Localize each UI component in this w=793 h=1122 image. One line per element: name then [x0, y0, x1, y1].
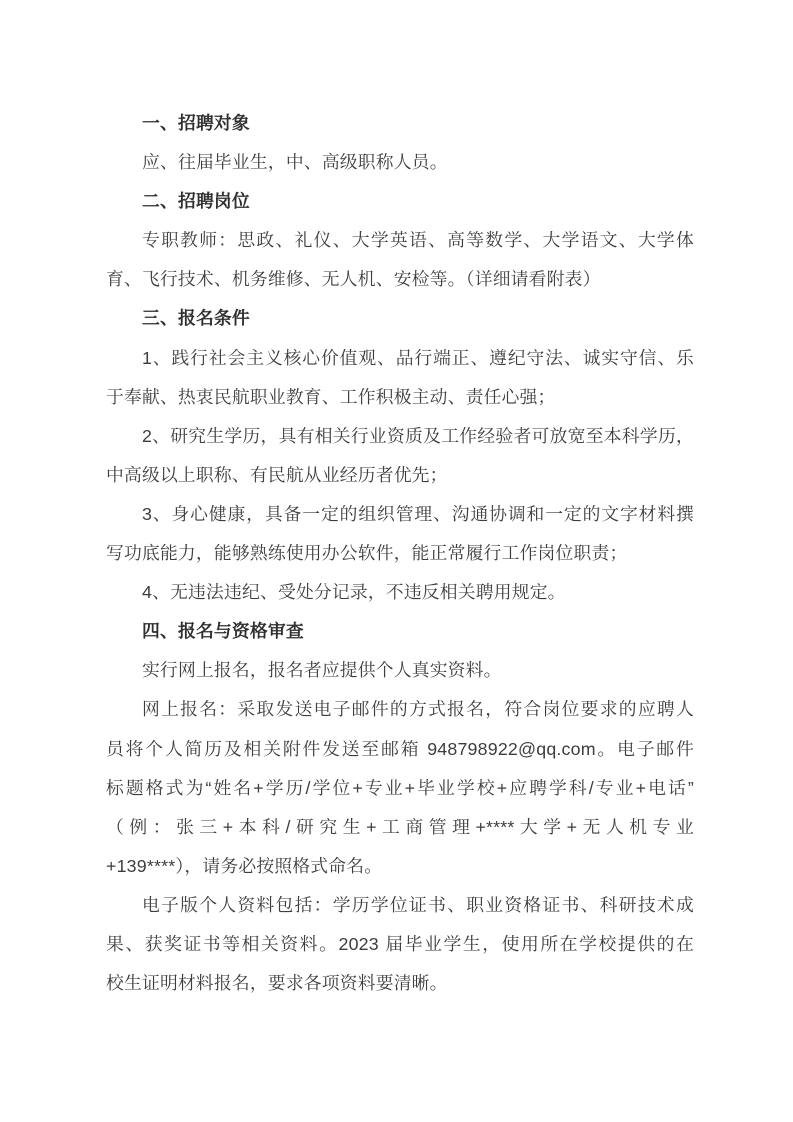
- para-email-apply-line5: +139****），请务必按照格式命名。: [106, 847, 694, 886]
- condition3-line2: 写功底能力，能够熟练使用办公软件，能正常履行工作岗位职责；: [106, 534, 694, 573]
- condition2-line2: 中高级以上职称、有民航从业经历者优先；: [106, 456, 694, 495]
- condition3-line1: 3、身心健康，具备一定的组织管理、沟通协调和一定的文字材料撰: [106, 495, 694, 534]
- para-materials-line2: 果、获奖证书等相关资料。2023 届毕业学生，使用所在学校提供的在: [106, 925, 694, 964]
- para-email-apply-line2: 员将个人简历及相关附件发送至邮箱 948798922@qq.com。电子邮件: [106, 730, 694, 769]
- condition2-line1: 2、研究生学历，具有相关行业资质及工作经验者可放宽至本科学历，: [106, 417, 694, 456]
- para-positions-line2: 育、飞行技术、机务维修、无人机、安检等。（详细请看附表）: [106, 260, 694, 299]
- section2-heading: 二、招聘岗位: [106, 182, 694, 221]
- condition1-line1: 1、践行社会主义核心价值观、品行端正、遵纪守法、诚实守信、乐: [106, 339, 694, 378]
- para-email-apply-line4: （例：张三+本科/研究生+工商管理+****大学+无人机专业: [106, 808, 694, 847]
- section1-heading: 一、招聘对象: [106, 104, 694, 143]
- document-page: 一、招聘对象 应、往届毕业生，中、高级职称人员。 二、招聘岗位 专职教师：思政、…: [0, 0, 793, 1122]
- para-materials-line3: 校生证明材料报名，要求各项资料要清晰。: [106, 964, 694, 1003]
- para-materials-line1: 电子版个人资料包括：学历学位证书、职业资格证书、科研技术成: [106, 886, 694, 925]
- condition1-line2: 于奉献、热衷民航职业教育、工作积极主动、责任心强；: [106, 378, 694, 417]
- section3-heading: 三、报名条件: [106, 299, 694, 338]
- para-online-registration: 实行网上报名，报名者应提供个人真实资料。: [106, 651, 694, 690]
- para-recruit-targets: 应、往届毕业生，中、高级职称人员。: [106, 143, 694, 182]
- document-body: 一、招聘对象 应、往届毕业生，中、高级职称人员。 二、招聘岗位 专职教师：思政、…: [106, 104, 694, 1003]
- condition4: 4、无违法违纪、受处分记录，不违反相关聘用规定。: [106, 573, 694, 612]
- para-positions-line1: 专职教师：思政、礼仪、大学英语、高等数学、大学语文、大学体: [106, 221, 694, 260]
- para-email-apply-line1: 网上报名：采取发送电子邮件的方式报名，符合岗位要求的应聘人: [106, 690, 694, 729]
- section4-heading: 四、报名与资格审查: [106, 612, 694, 651]
- para-email-apply-line3: 标题格式为“姓名+学历/学位+专业+毕业学校+应聘学科/专业+电话”: [106, 769, 694, 808]
